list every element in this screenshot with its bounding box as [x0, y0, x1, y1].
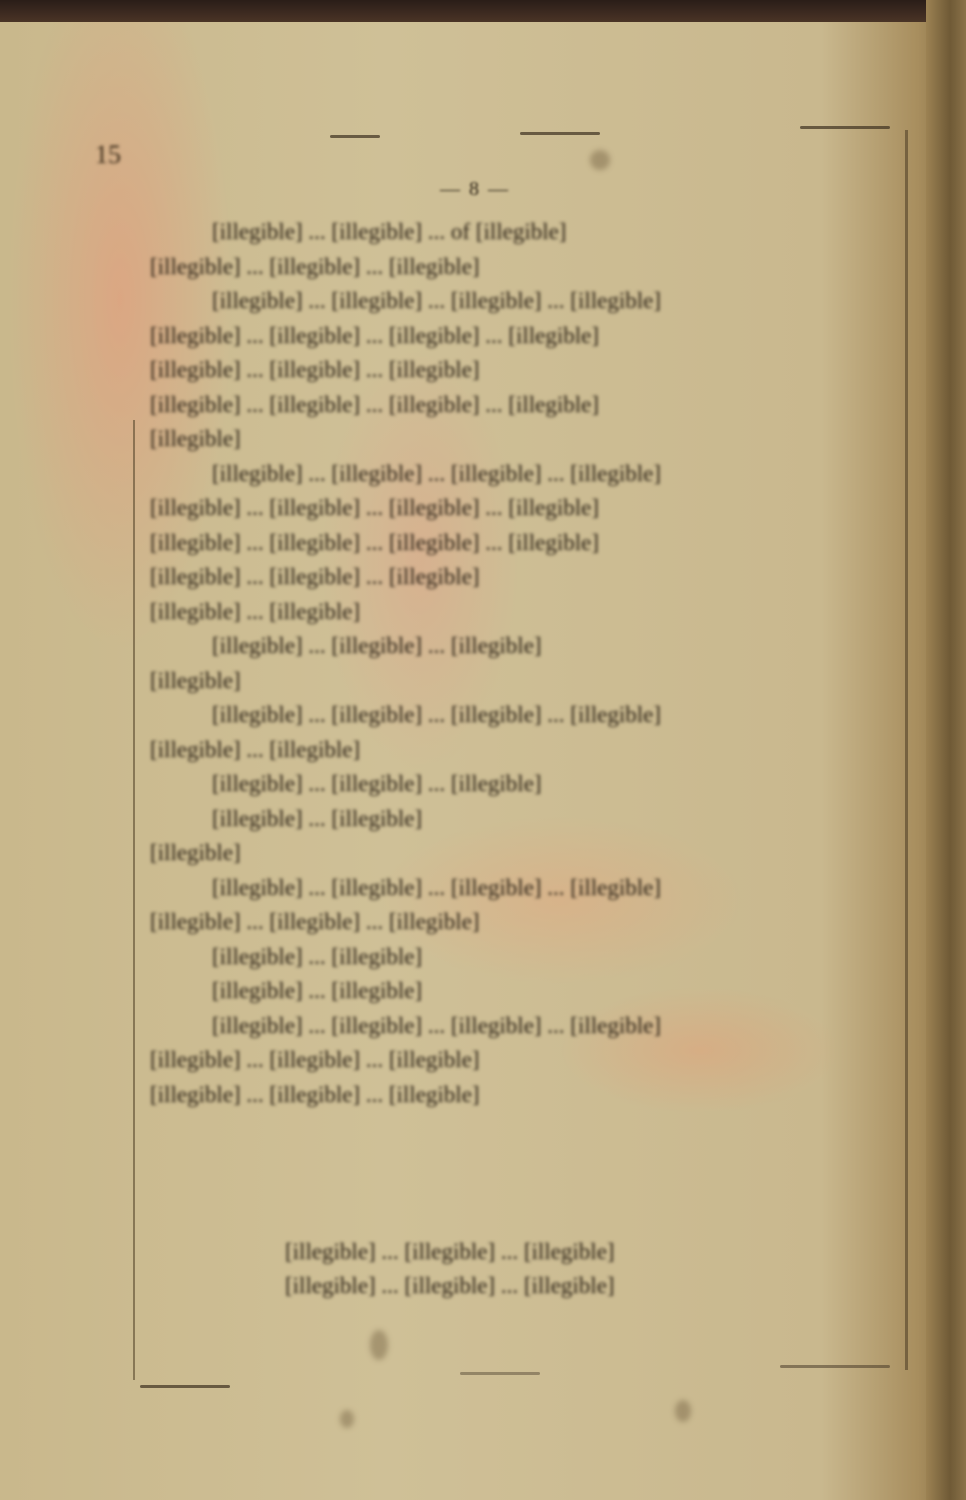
- page-border-right: [905, 130, 908, 1370]
- top-rule-1: [330, 135, 380, 138]
- text-line: [illegible] ... [illegible]: [150, 595, 880, 630]
- text-line: [illegible] ... [illegible] ... [illegib…: [150, 905, 880, 940]
- text-line: [illegible] ... [illegible] ... [illegib…: [150, 560, 880, 595]
- ink-stain: [590, 150, 610, 170]
- bottom-rule-1: [140, 1385, 230, 1388]
- text-line: [illegible] ... [illegible]: [150, 974, 880, 1009]
- text-line: [illegible] ... [illegible] ... [illegib…: [150, 284, 880, 319]
- top-rule-3: [800, 126, 890, 129]
- ink-stain: [675, 1400, 691, 1422]
- text-line: [illegible] ... [illegible] ... [illegib…: [150, 1043, 880, 1078]
- text-line: [illegible] ... [illegible] ... [illegib…: [150, 388, 880, 423]
- text-line: [illegible] ... [illegible]: [150, 940, 880, 975]
- text-line: [illegible] ... [illegible] ... [illegib…: [285, 1235, 885, 1269]
- closing-lines: [illegible] ... [illegible] ... [illegib…: [285, 1235, 885, 1303]
- bottom-rule-2: [460, 1372, 540, 1375]
- text-line: [illegible]: [150, 422, 880, 457]
- book-spine-edge: [926, 0, 966, 1500]
- text-line: [illegible] ... [illegible] ... [illegib…: [150, 526, 880, 561]
- ink-stain: [370, 1330, 388, 1360]
- text-line: [illegible] ... [illegible]: [150, 733, 880, 768]
- scanned-page: 15 — 8 — [illegible] ... [illegible] ...…: [0, 0, 966, 1500]
- text-line: [illegible] ... [illegible] ... [illegib…: [150, 491, 880, 526]
- text-line: [illegible] ... [illegible]: [150, 802, 880, 837]
- text-line: [illegible] ... [illegible] ... [illegib…: [150, 698, 880, 733]
- text-line: [illegible] ... [illegible] ... [illegib…: [150, 457, 880, 492]
- running-header: — 8 —: [440, 178, 510, 201]
- bottom-rule-3: [780, 1365, 890, 1368]
- text-line: [illegible] ... [illegible] ... [illegib…: [150, 629, 880, 664]
- text-line: [illegible] ... [illegible] ... [illegib…: [150, 871, 880, 906]
- text-line: [illegible] ... [illegible] ... [illegib…: [150, 353, 880, 388]
- text-line: [illegible] ... [illegible] ... [illegib…: [150, 250, 880, 285]
- top-rule-2: [520, 132, 600, 135]
- page-border-left: [133, 420, 135, 1380]
- book-binding-top: [0, 0, 966, 22]
- ink-stain: [340, 1410, 354, 1428]
- text-line: [illegible]: [150, 664, 880, 699]
- text-line: [illegible] ... [illegible] ... [illegib…: [285, 1269, 885, 1303]
- text-line: [illegible] ... [illegible] ... [illegib…: [150, 1078, 880, 1113]
- page-mark-top-left: 15: [95, 140, 121, 170]
- body-text: [illegible] ... [illegible] ... of [ille…: [150, 215, 880, 1112]
- text-line: [illegible] ... [illegible] ... [illegib…: [150, 767, 880, 802]
- text-line: [illegible] ... [illegible] ... [illegib…: [150, 1009, 880, 1044]
- text-line: [illegible] ... [illegible] ... of [ille…: [150, 215, 880, 250]
- text-line: [illegible]: [150, 836, 880, 871]
- text-line: [illegible] ... [illegible] ... [illegib…: [150, 319, 880, 354]
